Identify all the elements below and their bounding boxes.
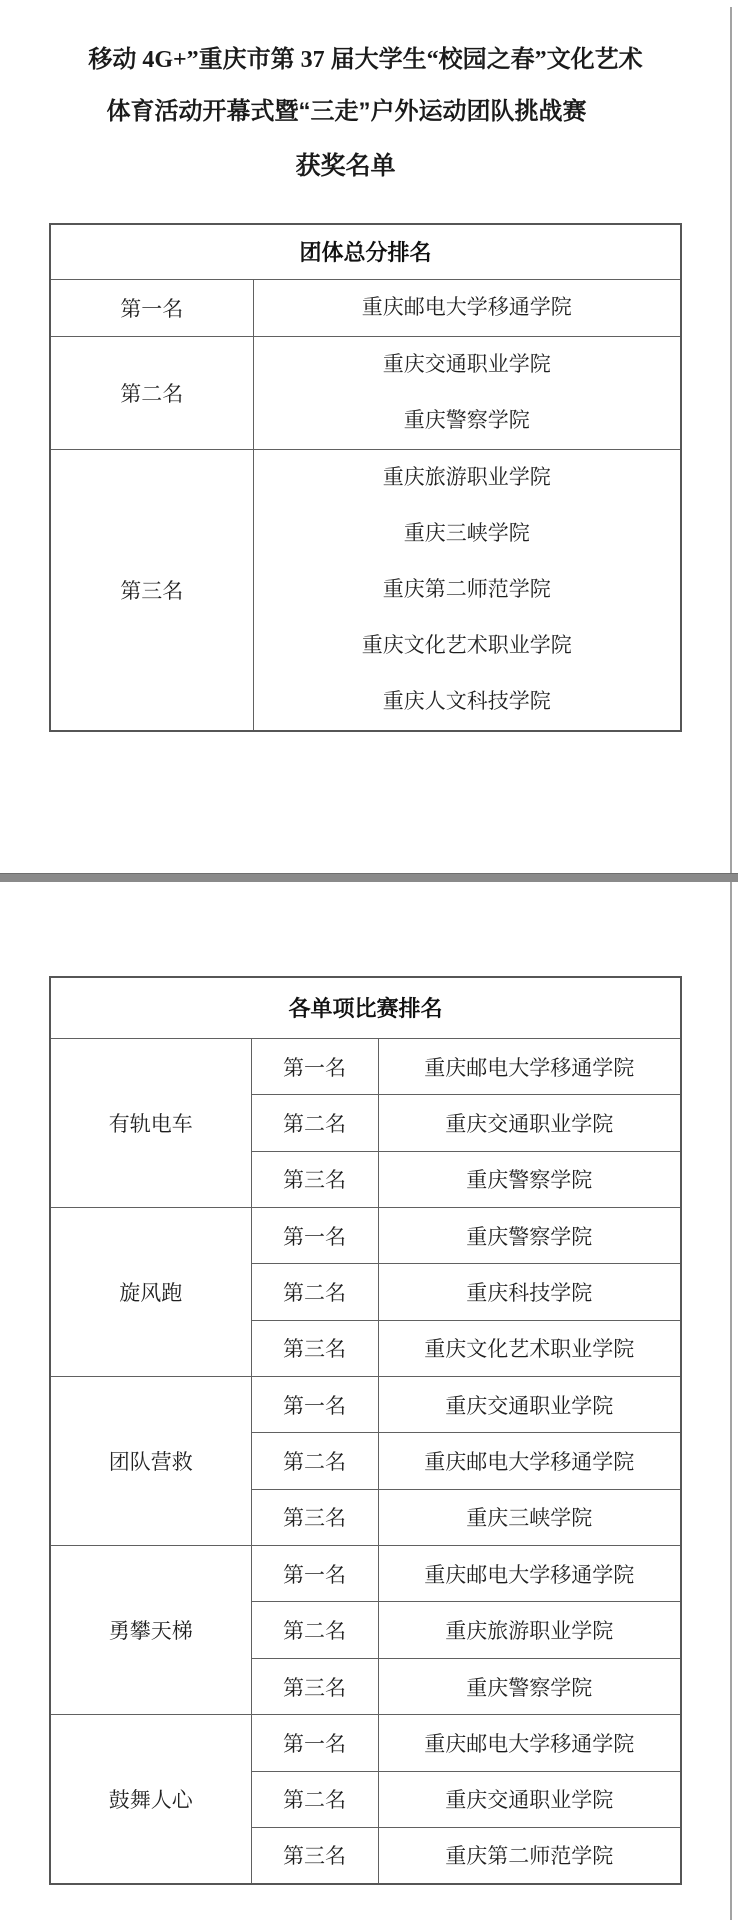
- event-ranking-table: 各单项比赛排名 有轨电车 第一名 重庆邮电大学移通学院 第二名 重庆交通职业学院…: [49, 976, 682, 1885]
- event-table-header: 各单项比赛排名: [50, 977, 681, 1038]
- event-name-cell: 勇攀天梯: [50, 1546, 251, 1715]
- team-table-header: 团体总分排名: [50, 224, 681, 279]
- rank-cell: 第二名: [251, 1433, 378, 1489]
- school-cell: 重庆警察学院: [378, 1658, 681, 1714]
- rank-cell: 第一名: [251, 1546, 378, 1602]
- school-cell: 重庆警察学院: [378, 1151, 681, 1207]
- schools-cell: 重庆邮电大学移通学院: [253, 279, 681, 336]
- school-cell: 重庆警察学院: [378, 1207, 681, 1263]
- event-name-cell: 有轨电车: [50, 1038, 251, 1207]
- rank-cell: 第二名: [50, 336, 253, 449]
- table-row: 第一名 重庆邮电大学移通学院: [50, 279, 681, 336]
- rank-cell: 第二名: [251, 1602, 378, 1658]
- school-cell: 重庆科技学院: [378, 1264, 681, 1320]
- table-row: 旋风跑 第一名 重庆警察学院: [50, 1207, 681, 1263]
- table-row: 有轨电车 第一名 重庆邮电大学移通学院: [50, 1038, 681, 1094]
- table-row: 第二名 重庆交通职业学院 重庆警察学院: [50, 336, 681, 449]
- school-name: 重庆旅游职业学院: [254, 450, 681, 506]
- rank-cell: 第二名: [251, 1771, 378, 1827]
- title-line-2: 体育活动开幕式暨“三走”户外运动团队挑战赛: [0, 86, 712, 138]
- rank-cell: 第三名: [251, 1827, 378, 1884]
- school-name: 重庆交通职业学院: [254, 337, 681, 393]
- title-line-1: 移动 4G+”重庆市第 37 届大学生“校园之春”文化艺术: [0, 34, 731, 86]
- school-cell: 重庆交通职业学院: [378, 1377, 681, 1433]
- school-cell: 重庆邮电大学移通学院: [378, 1715, 681, 1771]
- rank-cell: 第三名: [251, 1320, 378, 1376]
- school-cell: 重庆交通职业学院: [378, 1771, 681, 1827]
- school-cell: 重庆三峡学院: [378, 1489, 681, 1545]
- rank-cell: 第一名: [251, 1715, 378, 1771]
- school-name: 重庆人文科技学院: [254, 674, 681, 730]
- table-row: 勇攀天梯 第一名 重庆邮电大学移通学院: [50, 1546, 681, 1602]
- page-divider: [0, 873, 738, 882]
- document-title: 移动 4G+”重庆市第 37 届大学生“校园之春”文化艺术 体育活动开幕式暨“三…: [0, 34, 731, 194]
- school-name: 重庆第二师范学院: [254, 562, 681, 618]
- school-name: 重庆警察学院: [254, 393, 681, 449]
- school-name: 重庆文化艺术职业学院: [254, 618, 681, 674]
- rank-cell: 第一名: [251, 1207, 378, 1263]
- school-cell: 重庆邮电大学移通学院: [378, 1546, 681, 1602]
- school-cell: 重庆邮电大学移通学院: [378, 1433, 681, 1489]
- event-name-cell: 鼓舞人心: [50, 1715, 251, 1884]
- rank-cell: 第三名: [251, 1658, 378, 1714]
- rank-cell: 第三名: [251, 1151, 378, 1207]
- school-cell: 重庆第二师范学院: [378, 1827, 681, 1884]
- event-name-cell: 团队营救: [50, 1377, 251, 1546]
- rank-cell: 第一名: [50, 279, 253, 336]
- table-row: 第三名 重庆旅游职业学院 重庆三峡学院 重庆第二师范学院 重庆文化艺术职业学院 …: [50, 449, 681, 731]
- table-row: 团队营救 第一名 重庆交通职业学院: [50, 1377, 681, 1433]
- school-name: 重庆邮电大学移通学院: [254, 280, 681, 336]
- schools-cell: 重庆交通职业学院 重庆警察学院: [253, 336, 681, 449]
- event-name-cell: 旋风跑: [50, 1207, 251, 1376]
- page-edge-line: [730, 7, 732, 1920]
- school-cell: 重庆邮电大学移通学院: [378, 1038, 681, 1094]
- rank-cell: 第三名: [50, 449, 253, 731]
- team-ranking-table: 团体总分排名 第一名 重庆邮电大学移通学院 第二名 重庆交通职业学院 重庆警察学…: [49, 223, 682, 732]
- rank-cell: 第三名: [251, 1489, 378, 1545]
- rank-cell: 第二名: [251, 1095, 378, 1151]
- rank-cell: 第二名: [251, 1264, 378, 1320]
- title-line-3: 获奖名单: [0, 138, 711, 194]
- school-name: 重庆三峡学院: [254, 506, 681, 562]
- table-row: 鼓舞人心 第一名 重庆邮电大学移通学院: [50, 1715, 681, 1771]
- rank-cell: 第一名: [251, 1377, 378, 1433]
- rank-cell: 第一名: [251, 1038, 378, 1094]
- school-cell: 重庆旅游职业学院: [378, 1602, 681, 1658]
- schools-cell: 重庆旅游职业学院 重庆三峡学院 重庆第二师范学院 重庆文化艺术职业学院 重庆人文…: [253, 449, 681, 731]
- school-cell: 重庆交通职业学院: [378, 1095, 681, 1151]
- school-cell: 重庆文化艺术职业学院: [378, 1320, 681, 1376]
